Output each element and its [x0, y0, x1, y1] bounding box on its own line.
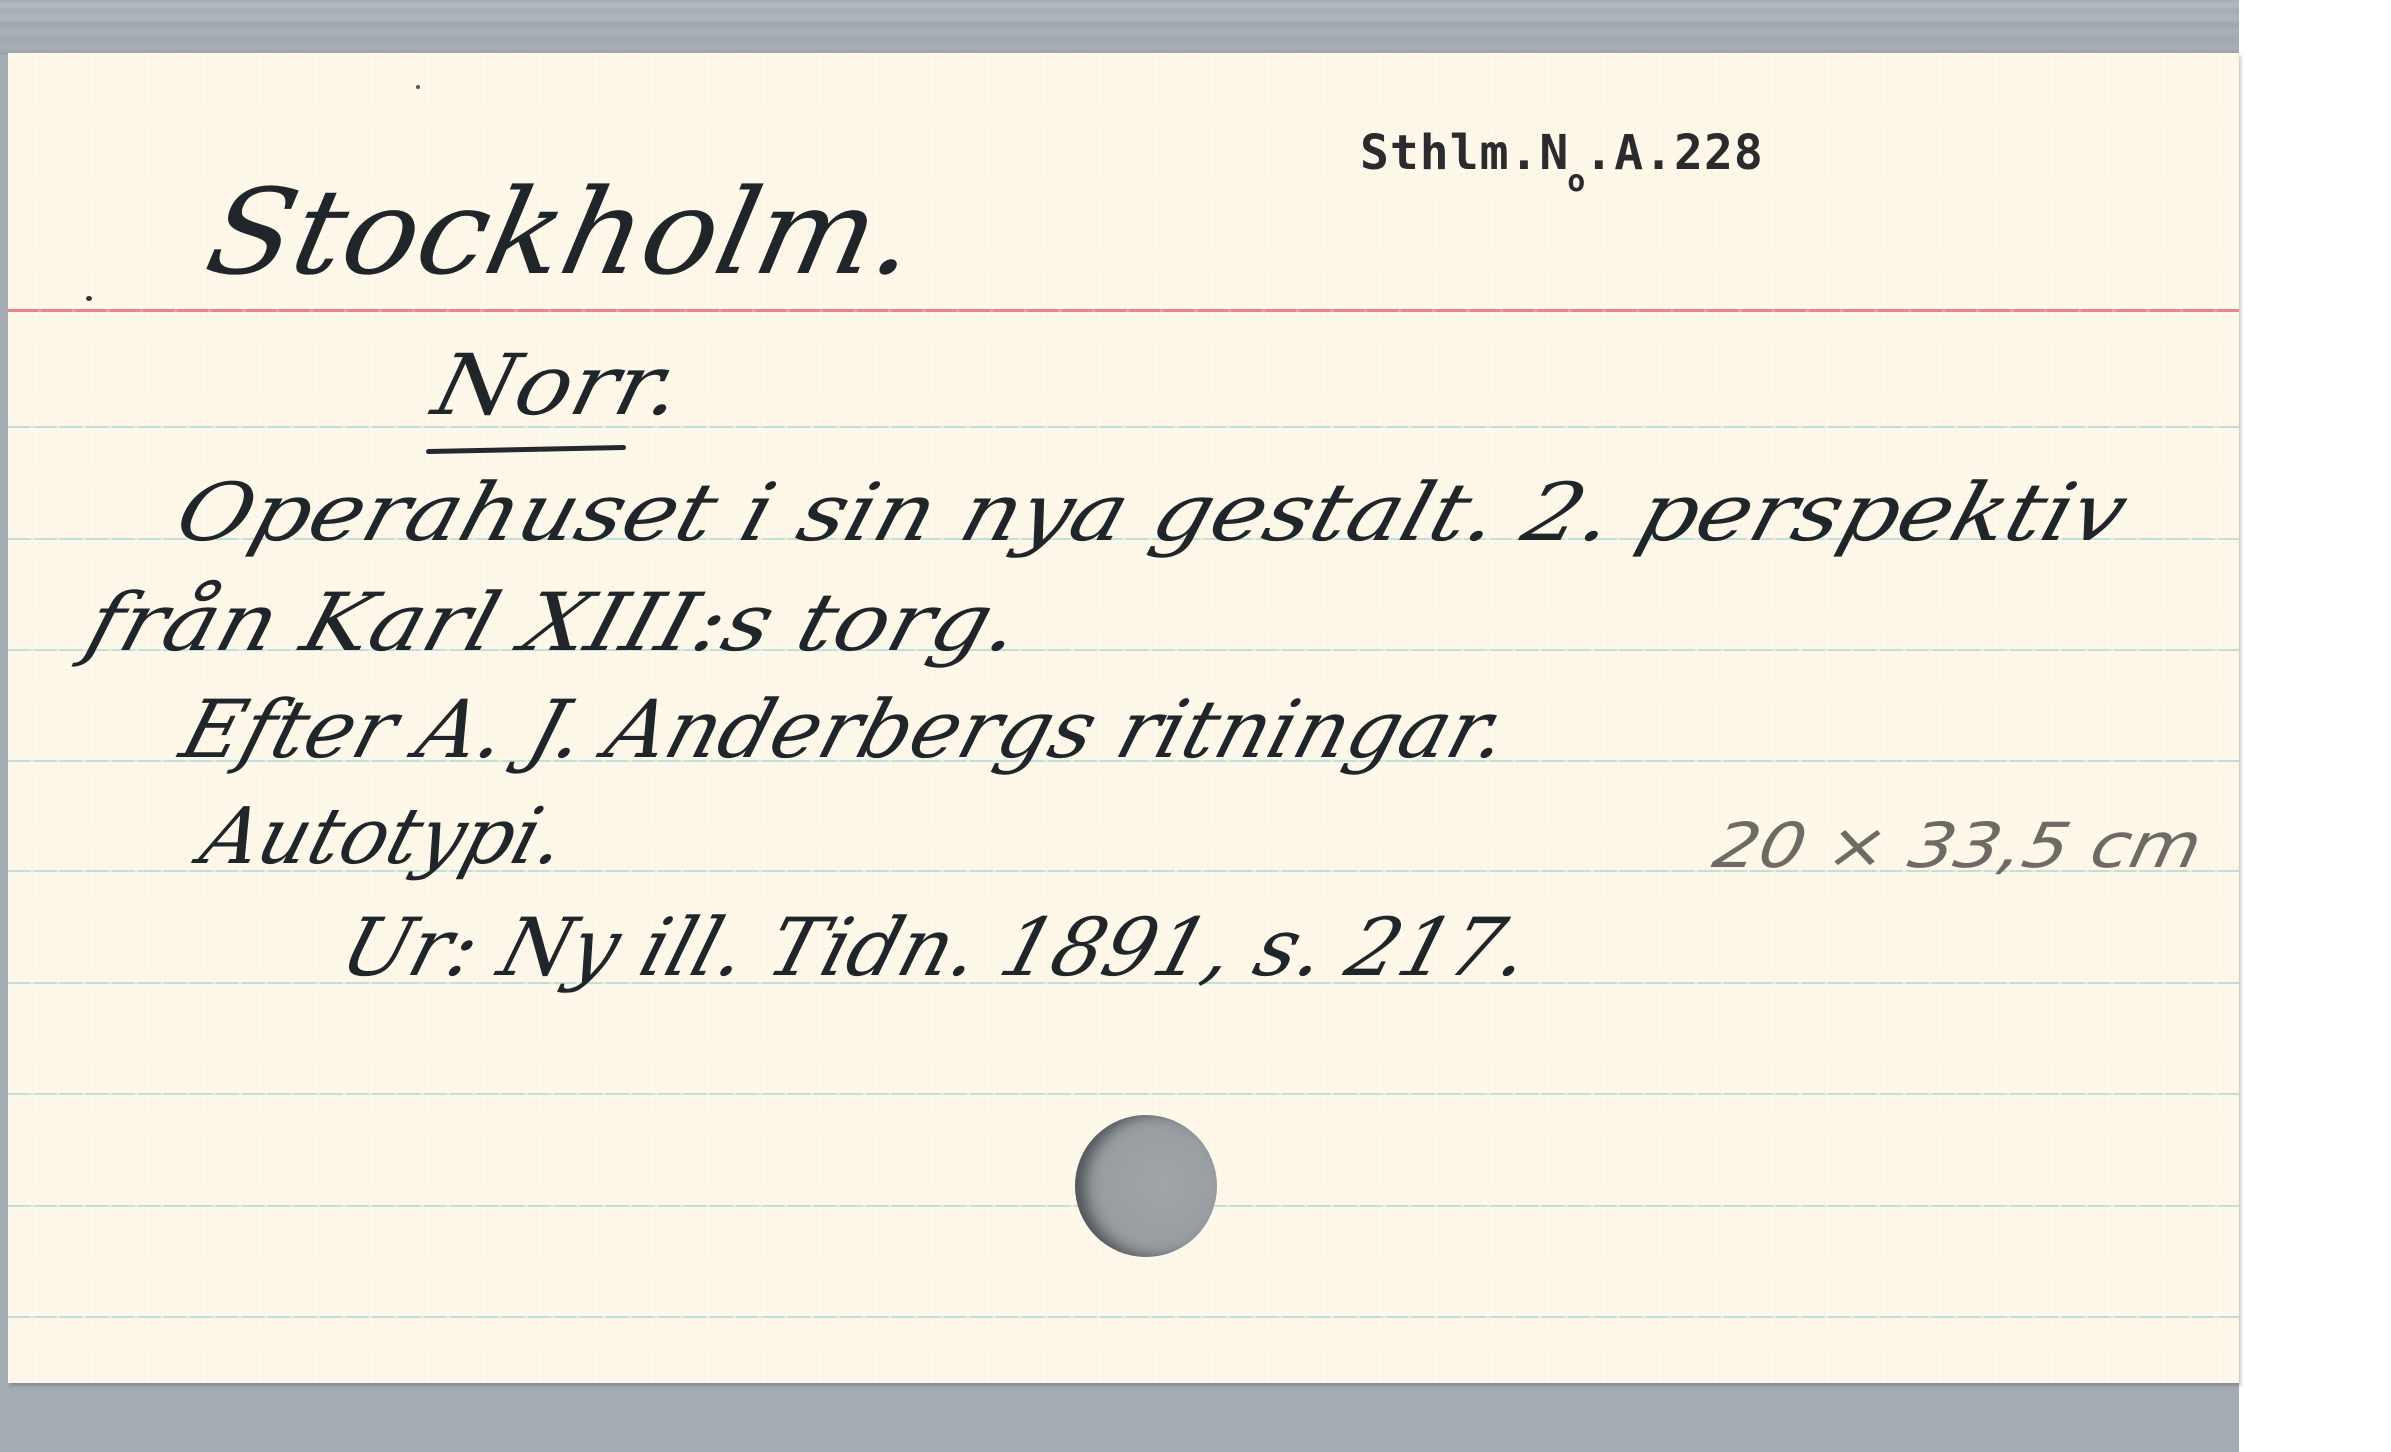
- catalog-card: Sthlm.No.A.228 Stockholm. Norr. Operahus…: [8, 53, 2239, 1383]
- call-number-subscript: o: [1567, 164, 1586, 199]
- ink-speck: [86, 296, 92, 301]
- artist-line: Efter A. J. Anderbergs ritningar.: [173, 690, 1517, 770]
- ruled-line: [8, 1093, 2239, 1095]
- dimensions-note: 20 × 33,5 cm: [1708, 815, 2207, 877]
- subheading-underline: [426, 445, 626, 454]
- header-rule-red: [8, 309, 2239, 312]
- ruled-line: [8, 426, 2239, 428]
- punch-hole: [1075, 1115, 1217, 1257]
- ruled-line: [8, 1316, 2239, 1318]
- call-number: Sthlm.No.A.228: [1360, 125, 1764, 181]
- source-line: Ur: Ny ill. Tidn. 1891, s. 217.: [333, 908, 1539, 988]
- call-number-prefix: Sthlm.N: [1360, 125, 1569, 181]
- card-subheading: Norr.: [426, 343, 691, 427]
- scanner-edge: [0, 0, 2239, 55]
- call-number-suffix: .A.228: [1584, 125, 1763, 181]
- card-heading: Stockholm.: [198, 173, 928, 291]
- title-line-1: Operahuset i sin nya gestalt. 2. perspek…: [168, 473, 2136, 553]
- title-line-2: från Karl XIII:s torg.: [78, 583, 1030, 663]
- technique-line: Autotypi.: [193, 798, 575, 876]
- ink-speck: [416, 85, 420, 89]
